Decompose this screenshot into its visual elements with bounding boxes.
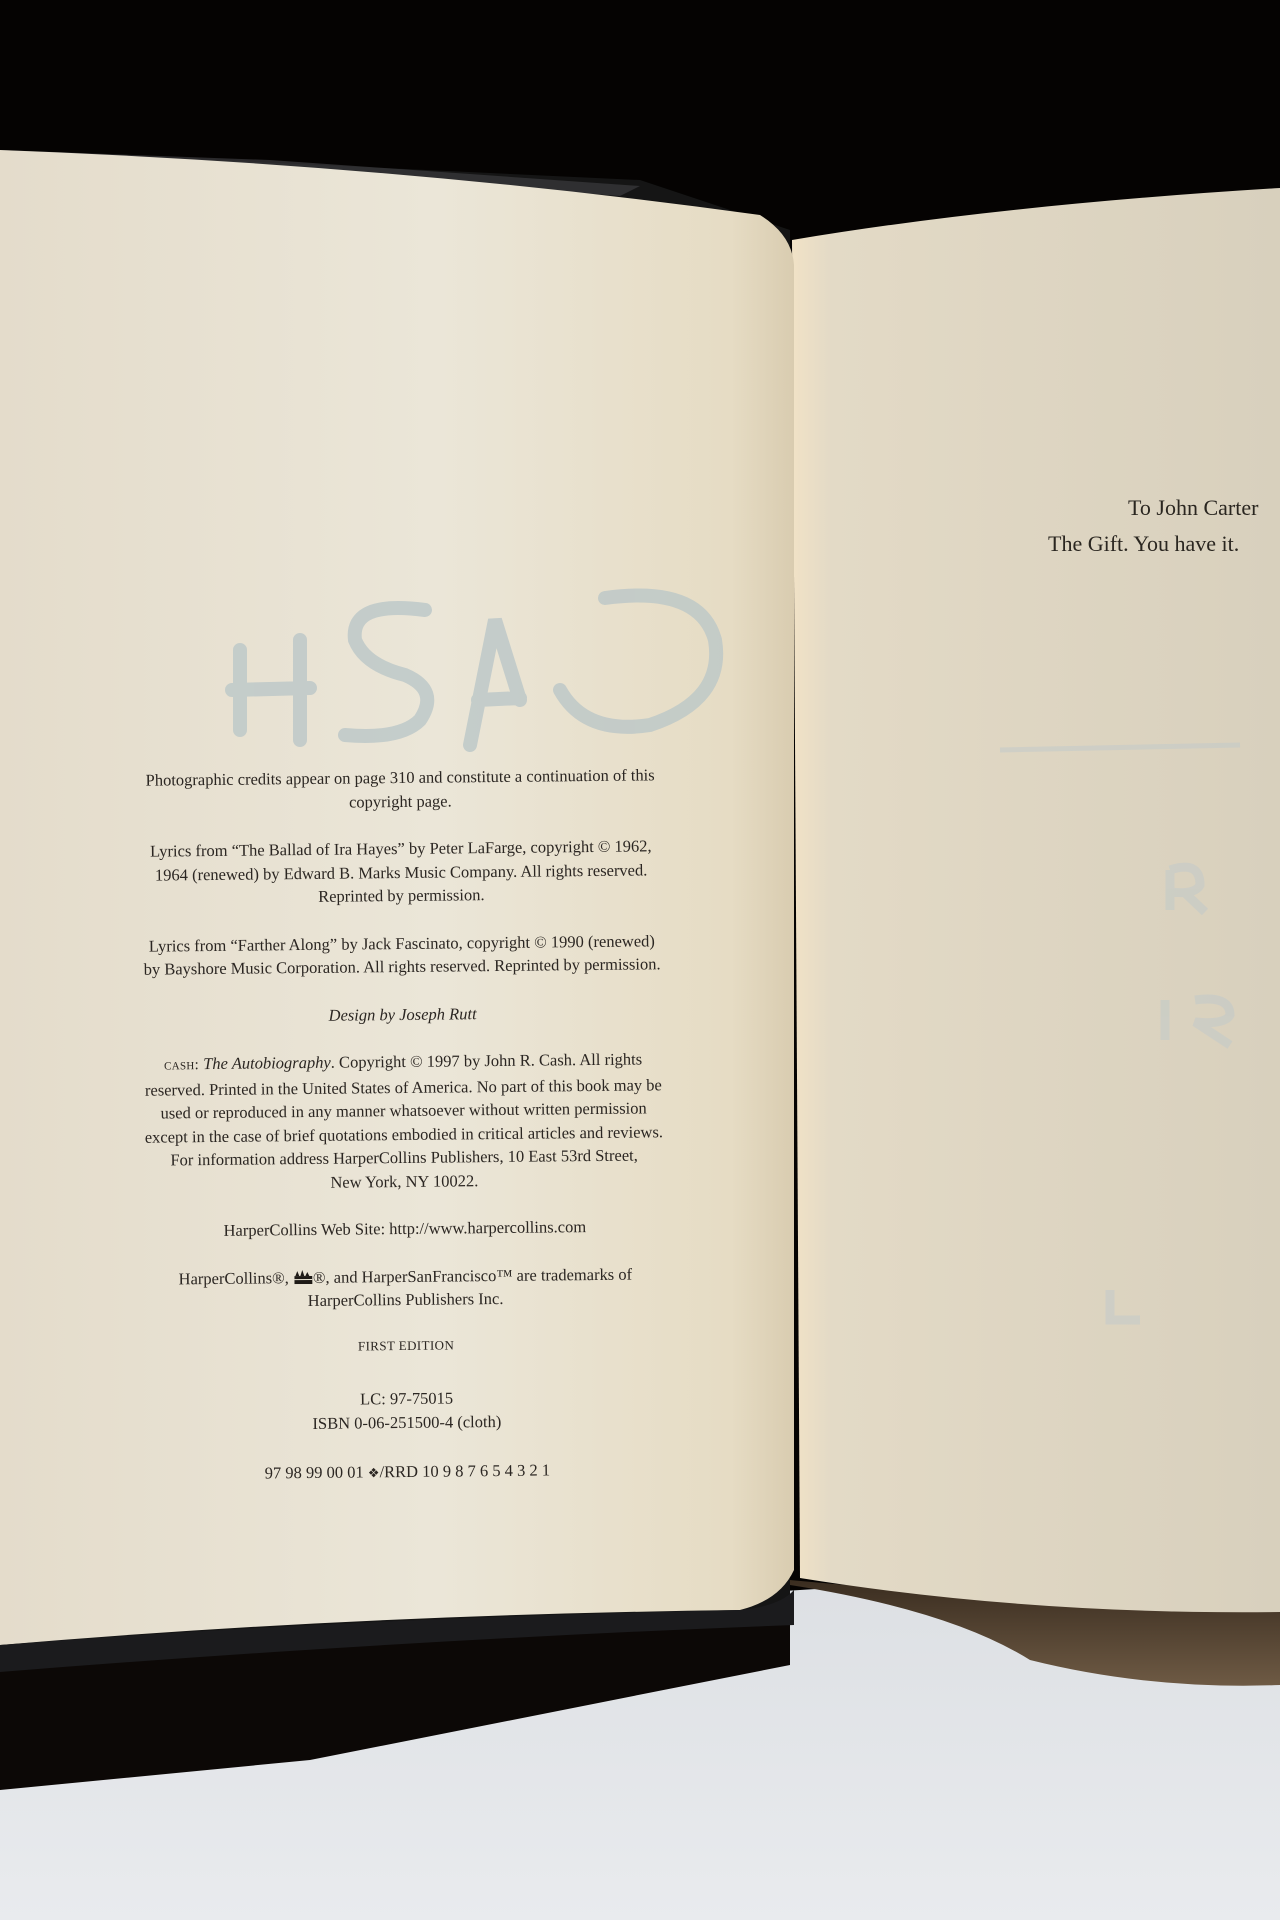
farther-along-lyrics-credit: Lyrics from “Farther Along” by Jack Fasc… [102, 928, 702, 981]
book-photo-scene: Photographic credits appear on page 310 … [0, 0, 1280, 1920]
copyright-page-text: Photographic credits appear on page 310 … [100, 763, 707, 1488]
trademark-notice: HarperCollins®, ®, and HarperSanFrancisc… [105, 1261, 705, 1314]
printing-numbers: 10 9 8 7 6 5 4 3 2 1 [422, 1460, 550, 1480]
ira-hayes-lyrics-credit: Lyrics from “The Ballad of Ira Hayes” by… [101, 834, 702, 911]
book-title-caps: cash: [164, 1057, 199, 1073]
fleuron-icon: ❖ [368, 1465, 380, 1480]
printer-code: /RRD [379, 1462, 418, 1481]
printing-years: 97 98 99 00 01 [265, 1462, 364, 1482]
farther-along-line-2: by Bayshore Music Corporation. All right… [102, 952, 702, 982]
dedication-line-2: The Gift. You have it. [1035, 526, 1280, 562]
copyright-notice: cash: The Autobiography. Copyright © 199… [103, 1047, 704, 1196]
isbn: ISBN 0-06-251500-4 (cloth) [107, 1407, 707, 1437]
edition-statement: First Edition [106, 1330, 706, 1360]
harpercollins-logo-icon [294, 1269, 312, 1283]
photo-credits: Photographic credits appear on page 310 … [100, 763, 700, 816]
trademark-harpercollins: HarperCollins®, [179, 1268, 289, 1288]
trademark-rest: ®, and HarperSanFrancisco™ are trademark… [313, 1264, 632, 1286]
publisher-website: HarperCollins Web Site: http://www.harpe… [105, 1214, 705, 1244]
book-subtitle: The Autobiography [203, 1053, 331, 1073]
dedication-line-1: To John Carter [1035, 490, 1280, 526]
dedication-page-text: To John Carter The Gift. You have it. [1035, 490, 1280, 562]
design-credit: Design by Joseph Rutt [102, 999, 702, 1029]
copyright-line-1-rest: . Copyright © 1997 by John R. Cash. All … [331, 1049, 643, 1071]
